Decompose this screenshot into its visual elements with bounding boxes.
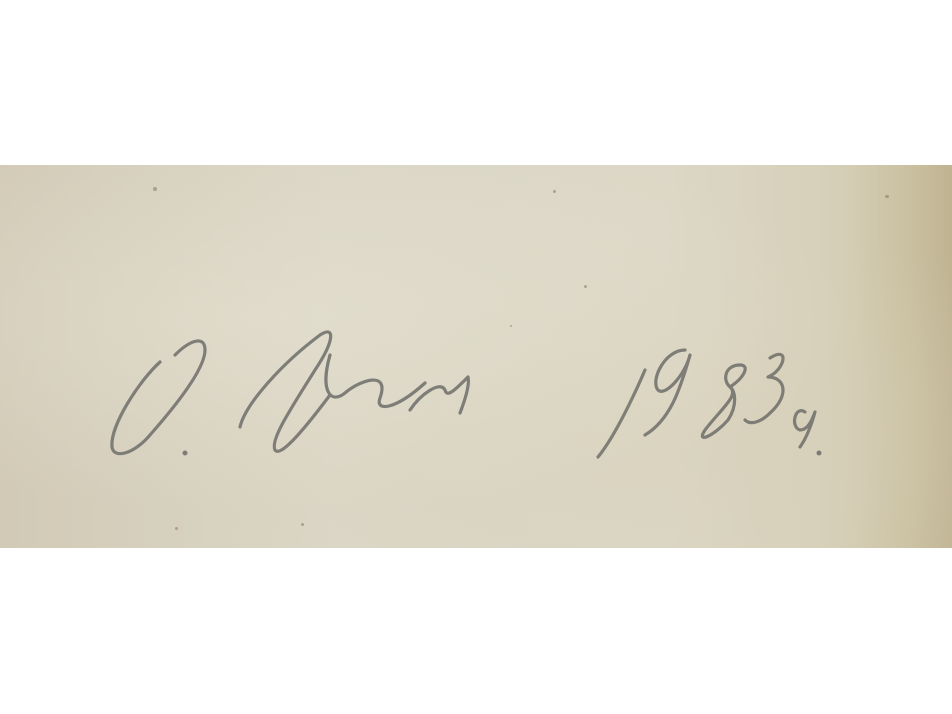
period-dot (183, 451, 188, 456)
handwritten-inscription (0, 165, 952, 548)
paper-photo: О. Шен 1983 г. (0, 165, 952, 548)
digit-8 (702, 365, 745, 437)
digit-1 (598, 370, 645, 457)
letter-e (326, 355, 425, 407)
letter-n (410, 377, 468, 413)
digit-3 (745, 354, 783, 422)
letter-sh (240, 332, 331, 451)
letter-g (795, 411, 815, 447)
digit-9 (645, 350, 690, 435)
letter-o (112, 341, 205, 454)
period-dot (817, 451, 822, 456)
